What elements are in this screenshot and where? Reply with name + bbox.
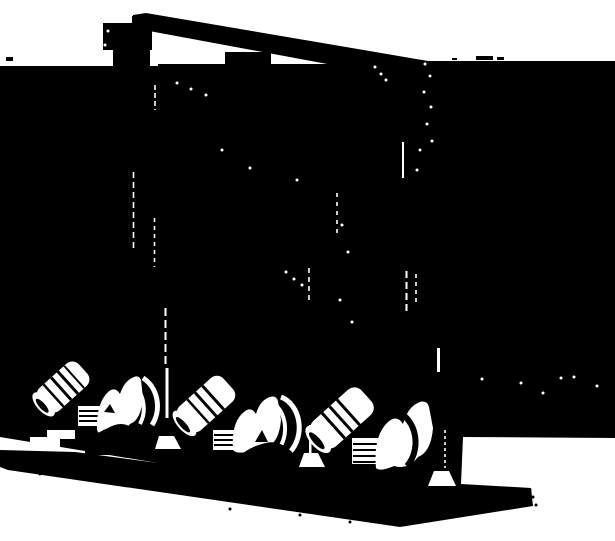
sky-speck-1: [166, 19, 169, 22]
floor-step-2: [47, 430, 75, 439]
right-cap-dash-2: [497, 57, 504, 60]
left-rod-highlight: [166, 368, 169, 418]
photo-canvas: High-contrast monochrome photo of three …: [0, 0, 615, 541]
sky-speck-3: [452, 58, 457, 60]
right-pole-highlight: [437, 348, 440, 372]
left-pole-neck: [113, 48, 150, 68]
left-wall-tick: [6, 57, 13, 61]
binarized-photo: High-contrast monochrome photo of three …: [0, 0, 615, 541]
middle-pole-cap: [225, 52, 271, 65]
right-pole: [434, 388, 460, 484]
sky-speck-2: [310, 45, 314, 47]
right-vent-grill: [352, 438, 378, 464]
right-cap-dash-1: [476, 56, 493, 60]
